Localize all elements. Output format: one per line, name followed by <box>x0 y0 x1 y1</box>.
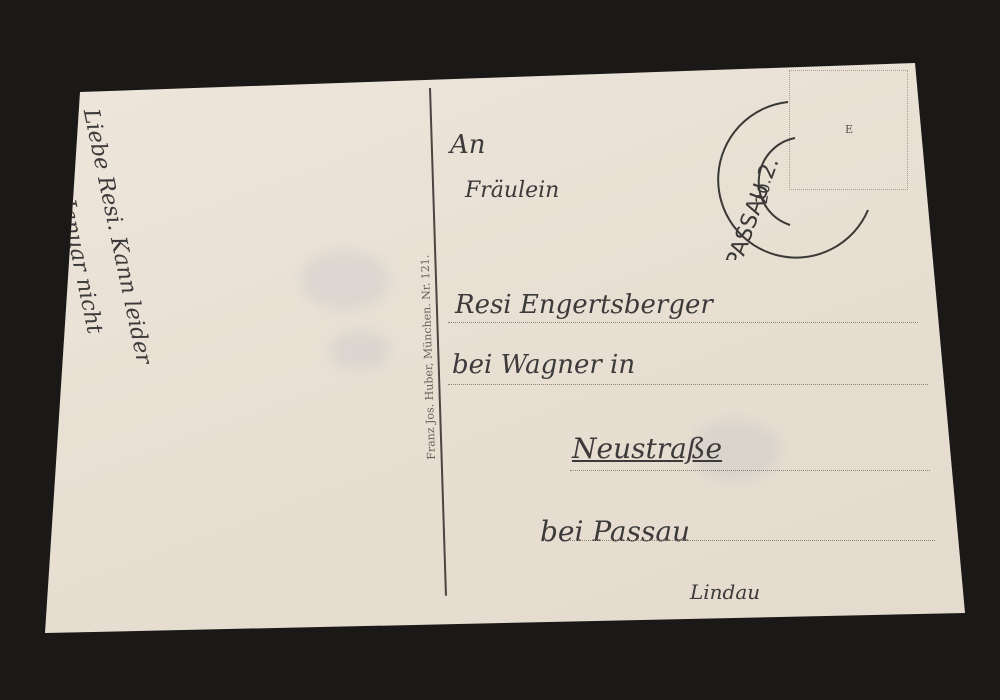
water-stain <box>300 250 390 310</box>
handwritten-message: Liebe Resi. Kann leider am 21. Januar ni… <box>0 105 172 451</box>
water-stain <box>330 330 390 370</box>
message-line: kommen. Kann ich <box>0 131 49 433</box>
address-line-3: Neustraße <box>572 432 722 465</box>
postmark-icon: PASSAU 2. 20. <box>710 90 890 260</box>
postcard: Franz Jos. Huber, München. Nr. 121. E PA… <box>0 0 1000 700</box>
address-line-2: bei Wagner in <box>452 350 635 380</box>
address-dotline <box>448 384 928 385</box>
address-line-5: Lindau <box>690 580 760 604</box>
address-dotline <box>570 470 930 471</box>
postmark-town: PASSAU 2. <box>722 154 785 260</box>
address-dotline <box>448 322 918 323</box>
message-line: nicht zu dir kommen <box>0 140 8 442</box>
address-dotline <box>570 540 935 541</box>
address-line-4: bei Passau <box>540 515 690 548</box>
address-salutation-2: Fräulein <box>465 178 559 203</box>
address-line-1: Resi Engertsberger <box>455 290 713 320</box>
postmark-date: 20. <box>752 177 775 205</box>
address-salutation-1: An <box>450 130 486 160</box>
